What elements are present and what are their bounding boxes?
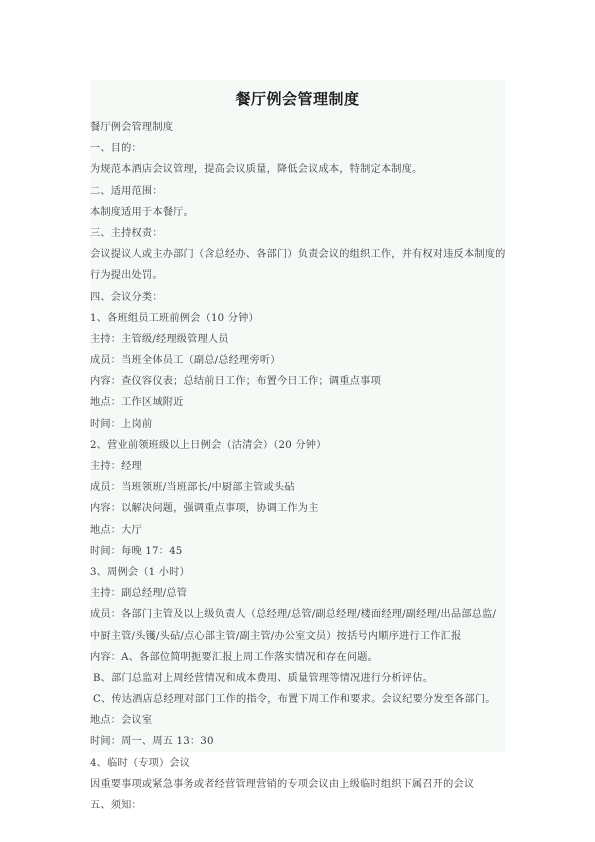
body-line: 因重要事项或紧急事务或者经营管理营销的专项会议由上级临时组织下属召开的会议 <box>90 774 510 795</box>
section-heading-notes: 五、须知： <box>90 795 510 816</box>
body-line: 地点：会议室 <box>90 710 510 731</box>
body-line: 地点：大厅 <box>90 520 510 541</box>
body-line: 时间：周一、周五 13：30 <box>90 731 510 752</box>
meeting-heading-1: 1、各班组员工班前例会（10 分钟） <box>90 308 510 329</box>
body-line: 主持：经理 <box>90 456 510 477</box>
body-line: 内容：查仪容仪表；总结前日工作；布置今日工作；调重点事项 <box>90 371 510 392</box>
body-line: 中厨主管/头镬/头砧/点心部主管/副主管/办公室文员）按括号内顺序进行工作汇报 <box>90 626 510 647</box>
meeting-heading-2: 2、营业前领班级以上日例会（沽清会）（20 分钟） <box>90 435 510 456</box>
body-line: 时间：每晚 17：45 <box>90 541 510 562</box>
body-line: 内容：以解决问题，强调重点事项，协调工作为主 <box>90 498 510 519</box>
body-line: 地点：工作区域附近 <box>90 392 510 413</box>
body-line: 主持：副总经理/总管 <box>90 583 510 604</box>
body-line: 主持：主管级/经理级管理人员 <box>90 329 510 350</box>
section-heading-responsibility: 三、主持权责： <box>90 223 510 244</box>
meeting-heading-3: 3、周例会（1 小时） <box>90 562 510 583</box>
body-line: 会议提议人或主办部门（含总经办、各部门）负责会议的组织工作，并有权对违反本制度的 <box>90 244 510 265</box>
document-title: 餐厅例会管理制度 <box>90 88 505 109</box>
body-line: B、部门总监对上周经营情况和成本费用、质量管理等情况进行分析评估。 <box>90 668 510 689</box>
section-heading-purpose: 一、目的： <box>90 138 510 159</box>
body-line: 行为提出处罚。 <box>90 265 510 286</box>
body-line: 成员：当班全体员工（副总/总经理旁听） <box>90 350 510 371</box>
body-line: 内容：A、各部位简明扼要汇报上周工作落实情况和存在问题。 <box>90 647 510 668</box>
body-line: 成员：各部门主管及以上级负责人（总经理/总管/副总经理/楼面经理/副经理/出品部… <box>90 604 510 625</box>
body-line: 成员：当班领班/当班部长/中厨部主管或头砧 <box>90 477 510 498</box>
document-page: 餐厅例会管理制度 餐厅例会管理制度 一、目的： 为规范本酒店会议管理，提高会议质… <box>90 80 505 752</box>
body-line: 时间：上岗前 <box>90 414 510 435</box>
section-heading-scope: 二、适用范围： <box>90 181 510 202</box>
section-heading-classification: 四、会议分类： <box>90 287 510 308</box>
body-line: 本制度适用于本餐厅。 <box>90 202 510 223</box>
body-line: 为规范本酒店会议管理，提高会议质量，降低会议成本，特制定本制度。 <box>90 159 510 180</box>
meeting-heading-4: 4、临时（专项）会议 <box>90 753 510 774</box>
body-line: C、传达酒店总经理对部门工作的指令，布置下周工作和要求。会议纪要分发至各部门。 <box>90 689 510 710</box>
body-line-subtitle: 餐厅例会管理制度 <box>90 117 510 138</box>
document-body: 餐厅例会管理制度 一、目的： 为规范本酒店会议管理，提高会议质量，降低会议成本，… <box>90 117 510 816</box>
